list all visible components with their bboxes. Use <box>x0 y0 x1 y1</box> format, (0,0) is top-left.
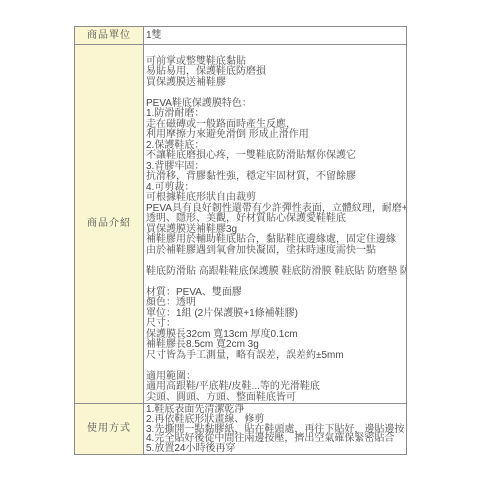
content-line: 1.防滑耐磨： <box>146 109 404 120</box>
content-line: 尖頭、圓頭、方頭、整面鞋底皆可 <box>146 393 404 404</box>
table-row: 使用方式1.鞋底表面先清潔乾淨2.再依鞋底形狀畫線、修剪3.先撕開一點黏膠紙，貼… <box>75 404 407 455</box>
content-line: 1雙 <box>146 28 404 44</box>
product-spec-table: 商品單位1雙商品介紹 可前掌或整雙鞋底黏貼易貼易用，保護鞋底防磨損買保護膜送補鞋… <box>74 26 407 455</box>
content-line: 抗滑移，背膠黏性強，穩定牢固材質，不留餘膠 <box>146 172 404 183</box>
content-line: 補鞋膠用於輔助鞋底貼合，黏貼鞋底邊緣處，固定住邊緣 <box>146 235 404 246</box>
table-row: 商品單位1雙 <box>75 27 407 45</box>
content-line: 顏色：透明 <box>146 298 404 309</box>
blank-line <box>146 88 404 99</box>
content-line: 5.放置24小時後再穿 <box>146 444 404 454</box>
row-content: 1雙 <box>144 27 407 45</box>
blank-line <box>146 361 404 372</box>
content-line: 不讓鞋底磨損心疼，一雙鞋底防滑貼幫你保護它 <box>146 151 404 162</box>
content-line: 由於補鞋膠遇到氧會加快凝固，塗抹時速度需快一點 <box>146 246 404 257</box>
content-line: 透明、隱形、美觀，好材質貼心保護愛鞋鞋底 <box>146 214 404 225</box>
product-page: 商品單位1雙商品介紹 可前掌或整雙鞋底黏貼易貼易用，保護鞋底防磨損買保護膜送補鞋… <box>0 0 480 480</box>
content-line: 鞋底防滑貼 高跟鞋鞋底保護膜 鞋底防滑膜 鞋底貼 防磨墊 防滑墊 止滑貼 <box>146 267 404 278</box>
table-row: 商品介紹 可前掌或整雙鞋底黏貼易貼易用，保護鞋底防磨損買保護膜送補鞋膠 PEVA… <box>75 45 407 404</box>
content-line: 易貼易用，保護鞋底防磨損 <box>146 67 404 78</box>
row-label: 使用方式 <box>75 404 144 455</box>
content-line: 買保護膜送補鞋膠 <box>146 78 404 89</box>
blank-line <box>146 256 404 267</box>
content-line: 可根據鞋底形狀自由裁剪 <box>146 193 404 204</box>
product-spec-table-body: 商品單位1雙商品介紹 可前掌或整雙鞋底黏貼易貼易用，保護鞋底防磨損買保護膜送補鞋… <box>75 27 407 455</box>
blank-line <box>146 277 404 288</box>
row-content: 可前掌或整雙鞋底黏貼易貼易用，保護鞋底防磨損買保護膜送補鞋膠 PEVA鞋底保護膜… <box>144 45 407 404</box>
content-line: 單位：1組 (2片保護膜+1條補鞋膠) <box>146 309 404 320</box>
blank-line <box>146 46 404 57</box>
content-line: 利用摩擦力來避免滑倒 形成止滑作用 <box>146 130 404 141</box>
content-line: 適用高跟鞋/平底鞋/皮鞋...等的光滑鞋底 <box>146 382 404 393</box>
content-line: 尺寸： <box>146 319 404 330</box>
row-label: 商品單位 <box>75 27 144 45</box>
content-line: 補鞋膠長8.5cm 寬2cm 3g <box>146 340 404 351</box>
row-label: 商品介紹 <box>75 45 144 404</box>
content-line: 尺寸皆為手工測量，略有誤差，誤差約±5mm <box>146 351 404 362</box>
row-content: 1.鞋底表面先清潔乾淨2.再依鞋底形狀畫線、修剪3.先撕開一點黏膠紙，貼在鞋頭處… <box>144 404 407 455</box>
